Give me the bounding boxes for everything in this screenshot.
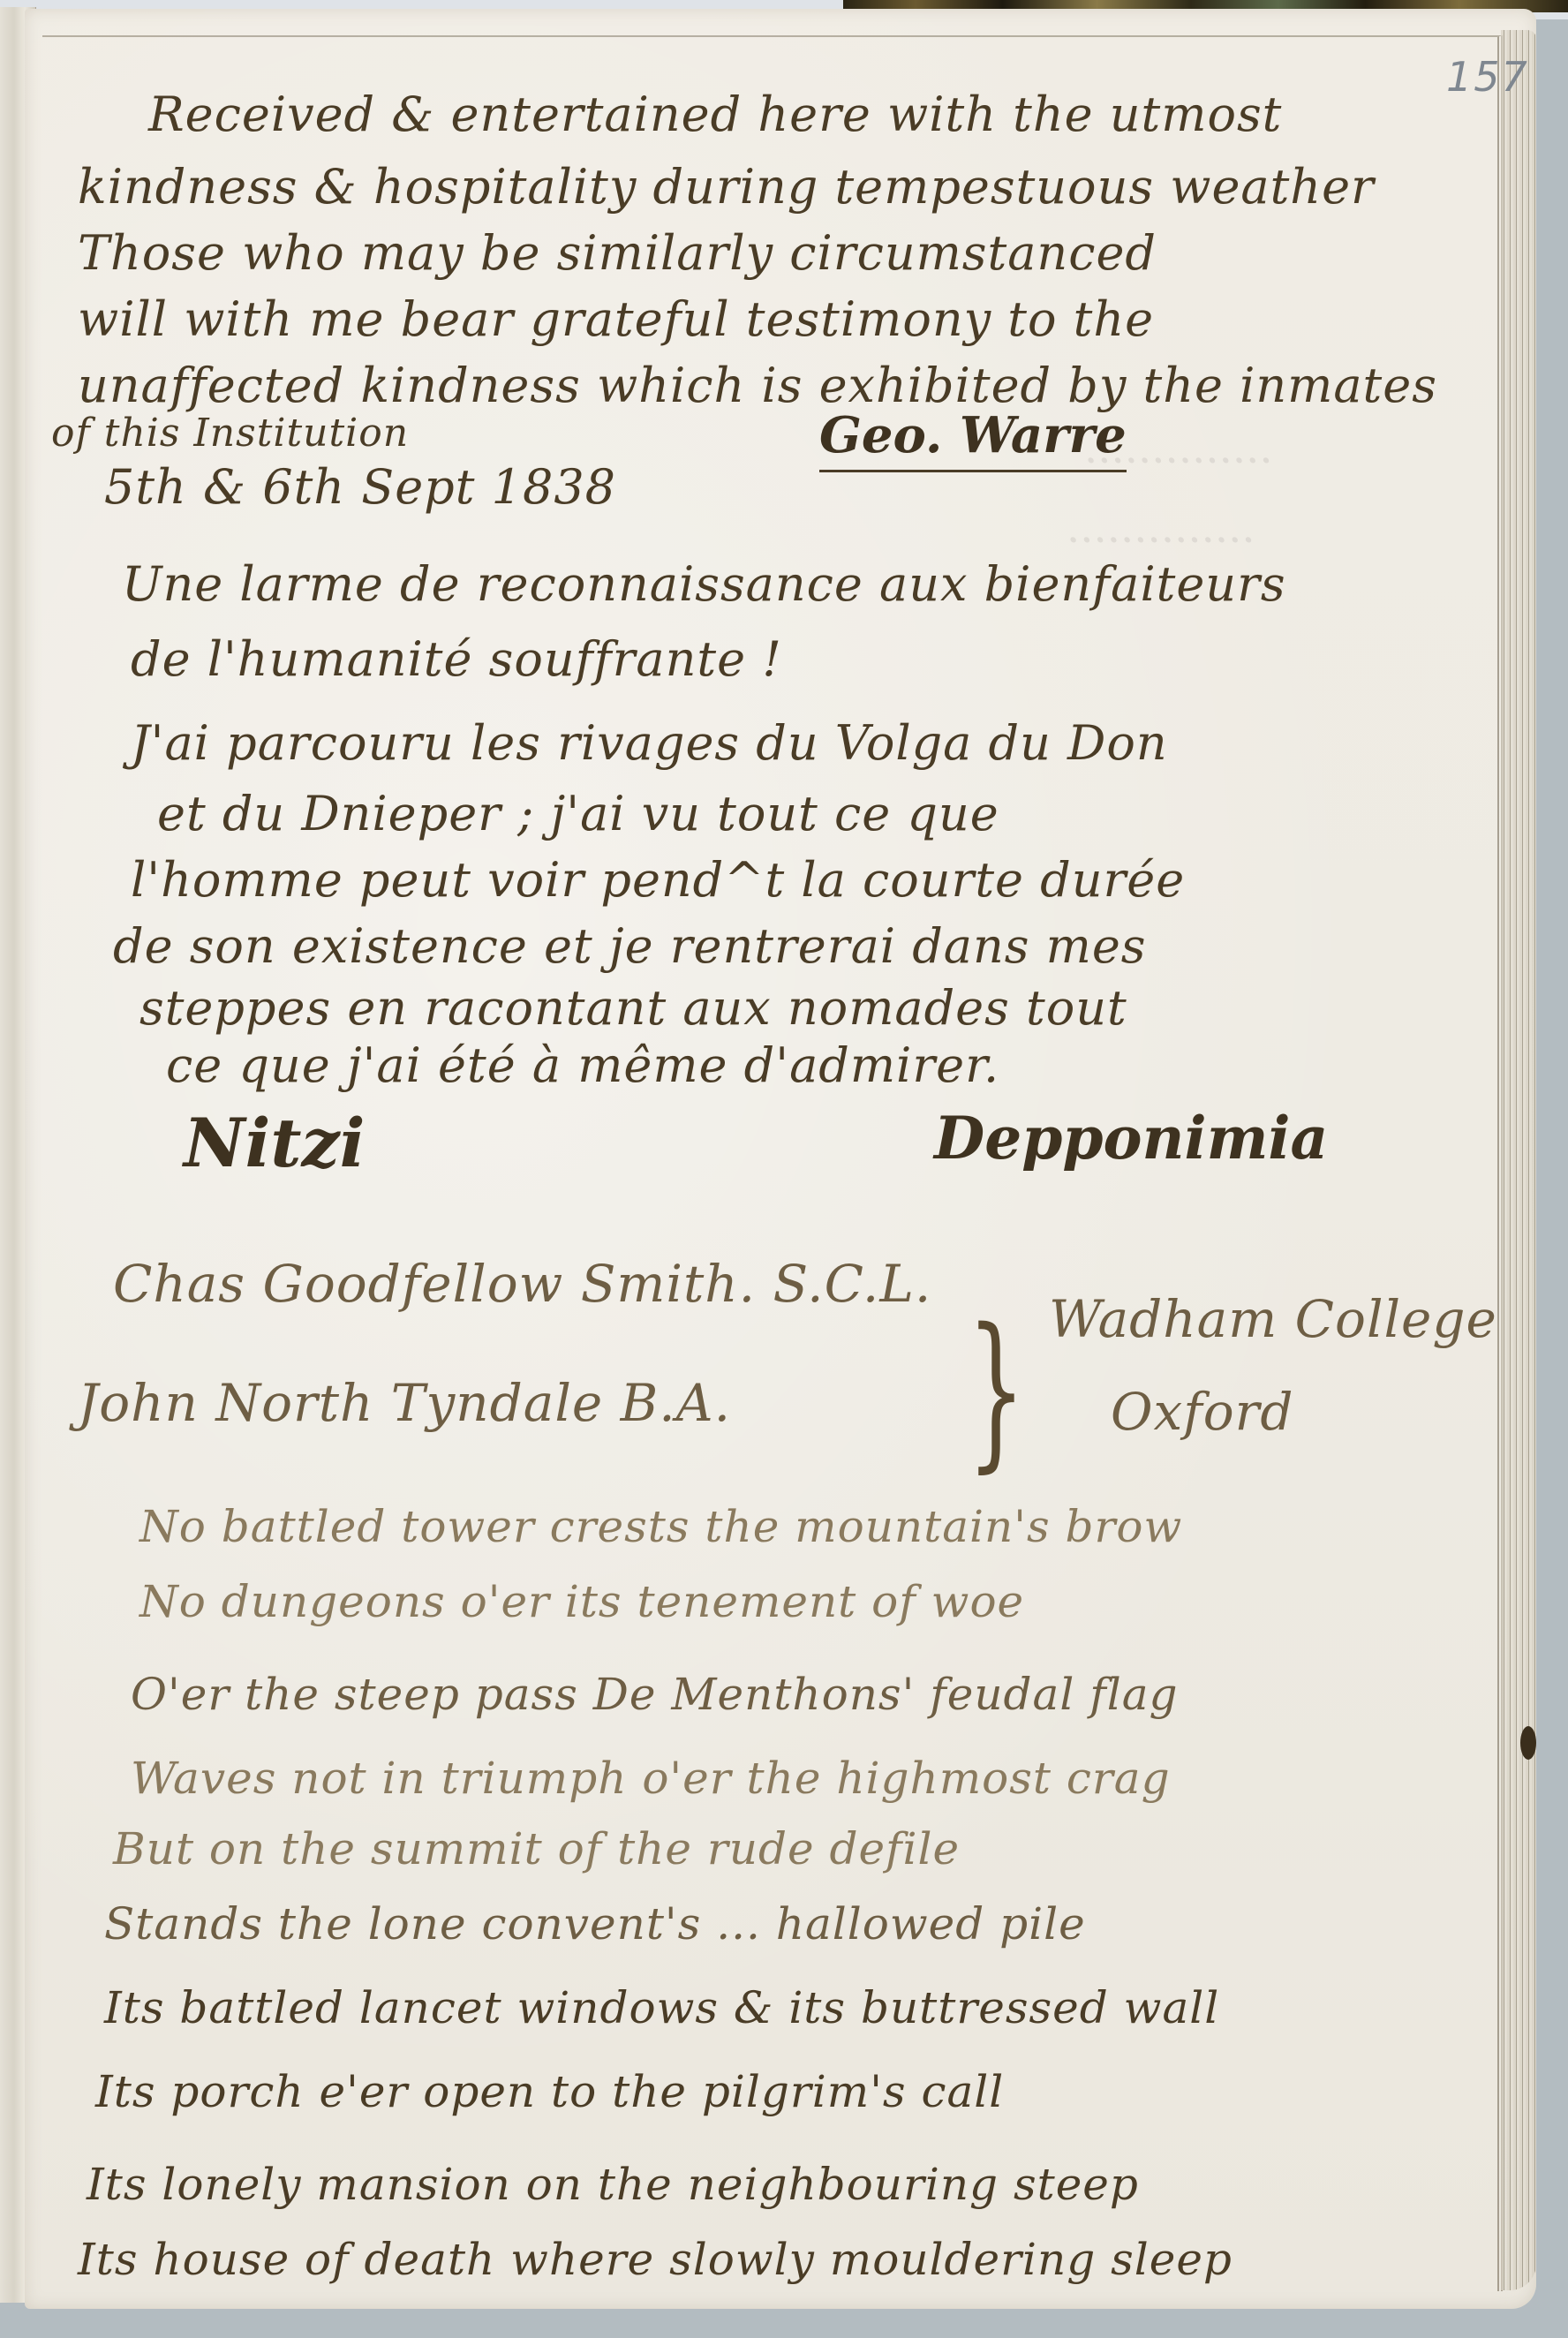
entry2-line-6: de son existence et je rentrerai dans me… <box>113 918 1147 974</box>
grouping-brace: } <box>967 1307 1025 1474</box>
poem-line-7: Its battled lancet windows & its buttres… <box>104 1982 1219 2033</box>
poem-line-5: But on the summit of the rude defile <box>113 1823 960 1874</box>
ink-blot <box>1520 1726 1536 1760</box>
entry2-signature-right: Depponimia <box>934 1104 1328 1173</box>
entry2-line-3: J'ai parcouru les rivages du Volga du Do… <box>131 715 1168 771</box>
entry3-name-2: John North Tyndale B.A. <box>78 1373 731 1433</box>
entry2-signature-left: Nitzi <box>184 1104 365 1182</box>
poem-line-1: No battled tower crests the mountain's b… <box>139 1501 1182 1552</box>
entry1-line-2: kindness & hospitality during tempestuou… <box>78 159 1375 215</box>
entry2-line-5: l'homme peut voir pend^t la courte durée <box>131 852 1185 908</box>
manuscript-page: .............. .............. 157 Receiv… <box>25 9 1536 2309</box>
entry1-line-3: Those who may be similarly circumstanced <box>78 225 1157 281</box>
page-stack-edge <box>1501 30 1536 2290</box>
poem-line-2: No dungeons o'er its tenement of woe <box>139 1576 1024 1627</box>
entry1-line-1: Received & entertained here with the utm… <box>148 87 1282 142</box>
entry3-affiliation-city: Oxford <box>1111 1382 1294 1442</box>
entry1-signature: Geo. Warre <box>819 406 1127 472</box>
entry3-affiliation-college: Wadham College <box>1049 1289 1497 1349</box>
poem-line-9: Its lonely mansion on the neighbouring s… <box>87 2159 1139 2210</box>
entry2-line-8: ce que j'ai été à même d'admirer. <box>166 1037 999 1093</box>
entry1-line-5: unaffected kindness which is exhibited b… <box>78 358 1437 413</box>
bleed-through-text: .............. <box>1067 503 1255 553</box>
entry2-line-2: de l'humanité souffrante ! <box>131 631 782 687</box>
entry1-date: 5th & 6th Sept 1838 <box>104 459 616 515</box>
entry3-name-1: Chas Goodfellow Smith. S.C.L. <box>113 1254 931 1314</box>
poem-line-6: Stands the lone convent's ... hallowed p… <box>104 1898 1086 1950</box>
poem-line-8: Its porch e'er open to the pilgrim's cal… <box>95 2066 1004 2117</box>
entry1-line-4: will with me bear grateful testimony to … <box>78 291 1154 347</box>
entry2-line-7: steppes en racontant aux nomades tout <box>139 980 1127 1036</box>
poem-line-10: Its house of death where slowly moulderi… <box>78 2234 1233 2285</box>
poem-line-4: Waves not in triumph o'er the highmost c… <box>131 1753 1171 1804</box>
entry1-line-6: of this Institution <box>51 411 409 456</box>
entry2-line-4: et du Dnieper ; j'ai vu tout ce que <box>157 786 999 841</box>
entry2-line-1: Une larme de reconnaissance aux bienfait… <box>122 556 1286 612</box>
poem-line-3: O'er the steep pass De Menthons' feudal … <box>131 1669 1179 1720</box>
page-number: 157 <box>1446 53 1529 101</box>
